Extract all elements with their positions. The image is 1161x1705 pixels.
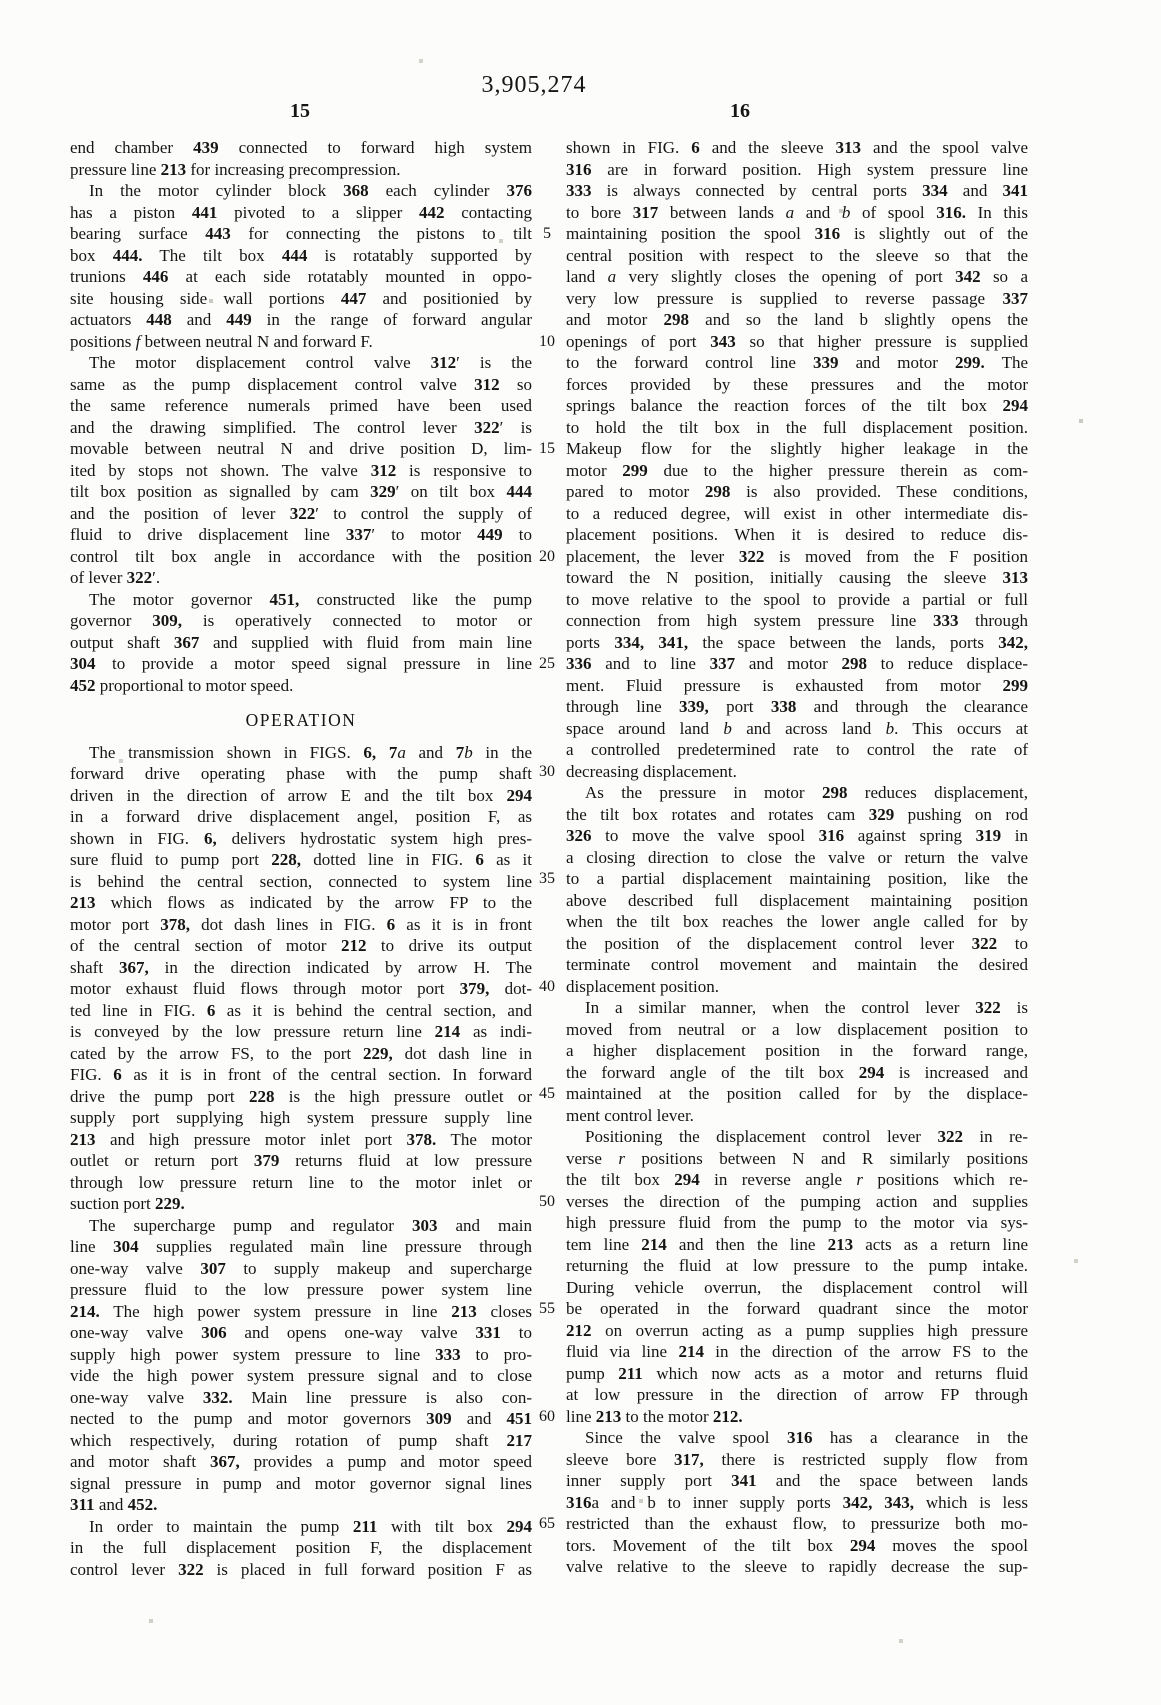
column-number-right: 16 — [690, 100, 790, 123]
text-line: line 304 supplies regulated main line pr… — [70, 1236, 532, 1258]
text-line: space around land b and across land b. T… — [566, 718, 1028, 740]
text-line: supply port supplying high system pressu… — [70, 1107, 532, 1129]
text-line: box 444. The tilt box 444 is rotatably s… — [70, 245, 532, 267]
text-line: FIG. 6 as it is in front of the central … — [70, 1064, 532, 1086]
text-line: 213 and high pressure motor inlet port 3… — [70, 1129, 532, 1151]
text-line: placement, the lever 322 is moved from t… — [566, 546, 1028, 568]
text-line: 213 which flows as indicated by the arro… — [70, 892, 532, 914]
line-number: 5 — [528, 223, 566, 245]
text-line: sure fluid to pump port 228, dotted line… — [70, 849, 532, 871]
text-line: when the tilt box reaches the lower angl… — [566, 911, 1028, 933]
text-line: the position of the displacement control… — [566, 933, 1028, 955]
text-line: actuators 448 and 449 in the range of fo… — [70, 309, 532, 331]
text-line: inner supply port 341 and the space betw… — [566, 1470, 1028, 1492]
text-line: springs balance the reaction forces of t… — [566, 395, 1028, 417]
text-line: During vehicle overrun, the displacement… — [566, 1277, 1028, 1299]
column-left-text: end chamber 439 connected to forward hig… — [70, 137, 532, 1580]
text-line: returning the fluid at low pressure to t… — [566, 1255, 1028, 1277]
text-line: forces provided by these pressures and t… — [566, 374, 1028, 396]
text-line: 326 to move the valve spool 316 against … — [566, 825, 1028, 847]
text-line: driven in the direction of arrow E and t… — [70, 785, 532, 807]
text-line: toward the N position, initially causing… — [566, 567, 1028, 589]
text-line: of lever 322′. — [70, 567, 532, 589]
line-number: 10 — [528, 331, 566, 353]
line-number: 40 — [528, 976, 566, 998]
text-line: cated by the arrow FS, to the port 229, … — [70, 1043, 532, 1065]
text-line: tors. Movement of the tilt box 294 moves… — [566, 1535, 1028, 1557]
text-line: a controlled predetermined rate to contr… — [566, 739, 1028, 761]
patent-page: 3,905,274 15 16 end chamber 439 connecte… — [0, 0, 1161, 1705]
text-line: to hold the tilt box in the full displac… — [566, 417, 1028, 439]
text-line: control lever 322 is placed in full forw… — [70, 1559, 532, 1581]
text-line: suction port 229. — [70, 1193, 532, 1215]
text-line: Positioning the displacement control lev… — [566, 1126, 1028, 1148]
text-line: one-way valve 306 and opens one-way valv… — [70, 1322, 532, 1344]
text-line: to a partial displacement maintaining po… — [566, 868, 1028, 890]
text-line: 304 to provide a motor speed signal pres… — [70, 653, 532, 675]
text-line: ment control lever. — [566, 1105, 1028, 1127]
text-line: the forward angle of the tilt box 294 is… — [566, 1062, 1028, 1084]
text-line: pressure fluid to the low pressure power… — [70, 1279, 532, 1301]
text-line: sleeve bore 317, there is restricted sup… — [566, 1449, 1028, 1471]
text-line: tem line 214 and then the line 213 acts … — [566, 1234, 1028, 1256]
text-line: drive the pump port 228 is the high pres… — [70, 1086, 532, 1108]
text-line: moved from neutral or a low displacement… — [566, 1019, 1028, 1041]
text-line: same as the pump displacement control va… — [70, 374, 532, 396]
text-line: and motor 298 and so the land b slightly… — [566, 309, 1028, 331]
text-line: motor 299 due to the higher pressure the… — [566, 460, 1028, 482]
text-line: high pressure fluid from the pump to the… — [566, 1212, 1028, 1234]
text-line: a closing direction to close the valve o… — [566, 847, 1028, 869]
text-line: central position with respect to the sle… — [566, 245, 1028, 267]
text-line: The supercharge pump and regulator 303 a… — [70, 1215, 532, 1237]
line-number: 15 — [528, 438, 566, 460]
text-line: one-way valve 307 to supply makeup and s… — [70, 1258, 532, 1280]
line-number: 50 — [528, 1191, 566, 1213]
line-number-gutter: 5101520253035404550556065 — [528, 137, 566, 1587]
text-line: is behind the central section, connected… — [70, 871, 532, 893]
text-line: fluid via line 214 in the direction of t… — [566, 1341, 1028, 1363]
text-line: openings of port 343 so that higher pres… — [566, 331, 1028, 353]
text-line: displacement position. — [566, 976, 1028, 998]
text-line: In the motor cylinder block 368 each cyl… — [70, 180, 532, 202]
text-line: trunions 446 at each side rotatably moun… — [70, 266, 532, 288]
line-number: 30 — [528, 761, 566, 783]
text-line: 311 and 452. — [70, 1494, 532, 1516]
text-line: maintaining position the spool 316 is sl… — [566, 223, 1028, 245]
text-line: 212 on overrun acting as a pump supplies… — [566, 1320, 1028, 1342]
text-line: 452 proportional to motor speed. — [70, 675, 532, 697]
text-line: 316a and b to inner supply ports 342, 34… — [566, 1492, 1028, 1514]
text-line: the same reference numerals primed have … — [70, 395, 532, 417]
text-line: connection from high system pressure lin… — [566, 610, 1028, 632]
text-line: supply high power system pressure to lin… — [70, 1344, 532, 1366]
text-line: The motor governor 451, constructed like… — [70, 589, 532, 611]
text-line: restricted than the exhaust flow, to pre… — [566, 1513, 1028, 1535]
text-line: 214. The high power system pressure in l… — [70, 1301, 532, 1323]
text-line: terminate control movement and maintain … — [566, 954, 1028, 976]
text-line: governor 309, is operatively connected t… — [70, 610, 532, 632]
text-line: fluid to drive displacement line 337′ to… — [70, 524, 532, 546]
text-line: In a similar manner, when the control le… — [566, 997, 1028, 1019]
text-line: 333 is always connected by central ports… — [566, 180, 1028, 202]
text-line: vide the high power system pressure sign… — [70, 1365, 532, 1387]
text-line: movable between neutral N and drive posi… — [70, 438, 532, 460]
text-line: The transmission shown in FIGS. 6, 7a an… — [70, 742, 532, 764]
text-line: tilt box position as signalled by cam 32… — [70, 481, 532, 503]
text-line: outlet or return port 379 returns fluid … — [70, 1150, 532, 1172]
text-line: nected to the pump and motor governors 3… — [70, 1408, 532, 1430]
line-number: 65 — [528, 1513, 566, 1535]
line-number: 20 — [528, 546, 566, 568]
text-line: pressure line 213 for increasing precomp… — [70, 159, 532, 181]
text-line: pump 211 which now acts as a motor and r… — [566, 1363, 1028, 1385]
text-line: through low pressure return line to the … — [70, 1172, 532, 1194]
text-line: is conveyed by the low pressure return l… — [70, 1021, 532, 1043]
text-line: line 213 to the motor 212. — [566, 1406, 1028, 1428]
text-line: to move relative to the spool to provide… — [566, 589, 1028, 611]
text-line: positions f between neutral N and forwar… — [70, 331, 532, 353]
text-line: be operated in the forward quadrant sinc… — [566, 1298, 1028, 1320]
line-number: 55 — [528, 1298, 566, 1320]
text-line: which respectively, during rotation of p… — [70, 1430, 532, 1452]
text-line: 316 are in forward position. High system… — [566, 159, 1028, 181]
text-line: The motor displacement control valve 312… — [70, 352, 532, 374]
text-line: ports 334, 341, the space between the la… — [566, 632, 1028, 654]
text-line: shown in FIG. 6, delivers hydrostatic sy… — [70, 828, 532, 850]
text-line: As the pressure in motor 298 reduces dis… — [566, 782, 1028, 804]
text-line: land a very slightly closes the opening … — [566, 266, 1028, 288]
text-line: to a reduced degree, will exist in other… — [566, 503, 1028, 525]
text-line: Since the valve spool 316 has a clearanc… — [566, 1427, 1028, 1449]
text-line: very low pressure is supplied to reverse… — [566, 288, 1028, 310]
patent-number: 3,905,274 — [0, 72, 1068, 99]
text-line: to bore 317 between lands a and b of spo… — [566, 202, 1028, 224]
text-line: pared to motor 298 is also provided. The… — [566, 481, 1028, 503]
text-line: output shaft 367 and supplied with fluid… — [70, 632, 532, 654]
text-line: above described full displacement mainta… — [566, 890, 1028, 912]
text-line: site housing side wall portions 447 and … — [70, 288, 532, 310]
text-line: In order to maintain the pump 211 with t… — [70, 1516, 532, 1538]
text-line: through line 339, port 338 and through t… — [566, 696, 1028, 718]
text-line: end chamber 439 connected to forward hig… — [70, 137, 532, 159]
text-line: bearing surface 443 for connecting the p… — [70, 223, 532, 245]
text-line: has a piston 441 pivoted to a slipper 44… — [70, 202, 532, 224]
text-line: and the drawing simplified. The control … — [70, 417, 532, 439]
text-line: placement positions. When it is desired … — [566, 524, 1028, 546]
section-heading: OPERATION — [70, 710, 532, 732]
text-line: the tilt box 294 in reverse angle r posi… — [566, 1169, 1028, 1191]
text-line: in the full displacement position F, the… — [70, 1537, 532, 1559]
text-line: at low pressure in the direction of arro… — [566, 1384, 1028, 1406]
text-line: verses the direction of the pumping acti… — [566, 1191, 1028, 1213]
text-line: control tilt box angle in accordance wit… — [70, 546, 532, 568]
text-line: ited by stops not shown. The valve 312 i… — [70, 460, 532, 482]
text-line: ment. Fluid pressure is exhausted from m… — [566, 675, 1028, 697]
text-line: in a forward drive displacement angel, p… — [70, 806, 532, 828]
text-line: of the central section of motor 212 to d… — [70, 935, 532, 957]
line-number: 35 — [528, 868, 566, 890]
text-line: and motor shaft 367, provides a pump and… — [70, 1451, 532, 1473]
column-right-text: shown in FIG. 6 and the sleeve 313 and t… — [566, 137, 1028, 1578]
text-line: motor port 378, dot dash lines in FIG. 6… — [70, 914, 532, 936]
text-line: maintained at the position called for by… — [566, 1083, 1028, 1105]
text-line: Makeup flow for the slightly higher leak… — [566, 438, 1028, 460]
line-number: 45 — [528, 1083, 566, 1105]
text-line: to the forward control line 339 and moto… — [566, 352, 1028, 374]
text-line: ted line in FIG. 6 as it is behind the c… — [70, 1000, 532, 1022]
scan-speckles — [0, 0, 2, 2]
text-line: valve relative to the sleeve to rapidly … — [566, 1556, 1028, 1578]
text-line: and the position of lever 322′ to contro… — [70, 503, 532, 525]
text-line: motor exhaust fluid flows through motor … — [70, 978, 532, 1000]
column-number-left: 15 — [250, 100, 350, 123]
line-number: 60 — [528, 1406, 566, 1428]
text-line: verse r positions between N and R simila… — [566, 1148, 1028, 1170]
line-number: 25 — [528, 653, 566, 675]
text-line: decreasing displacement. — [566, 761, 1028, 783]
text-line: a higher displacement position in the fo… — [566, 1040, 1028, 1062]
text-line: shown in FIG. 6 and the sleeve 313 and t… — [566, 137, 1028, 159]
text-line: 336 and to line 337 and motor 298 to red… — [566, 653, 1028, 675]
text-line: one-way valve 332. Main line pressure is… — [70, 1387, 532, 1409]
text-line: forward drive operating phase with the p… — [70, 763, 532, 785]
text-line: shaft 367, in the direction indicated by… — [70, 957, 532, 979]
text-line: signal pressure in pump and motor govern… — [70, 1473, 532, 1495]
text-line: the tilt box rotates and rotates cam 329… — [566, 804, 1028, 826]
